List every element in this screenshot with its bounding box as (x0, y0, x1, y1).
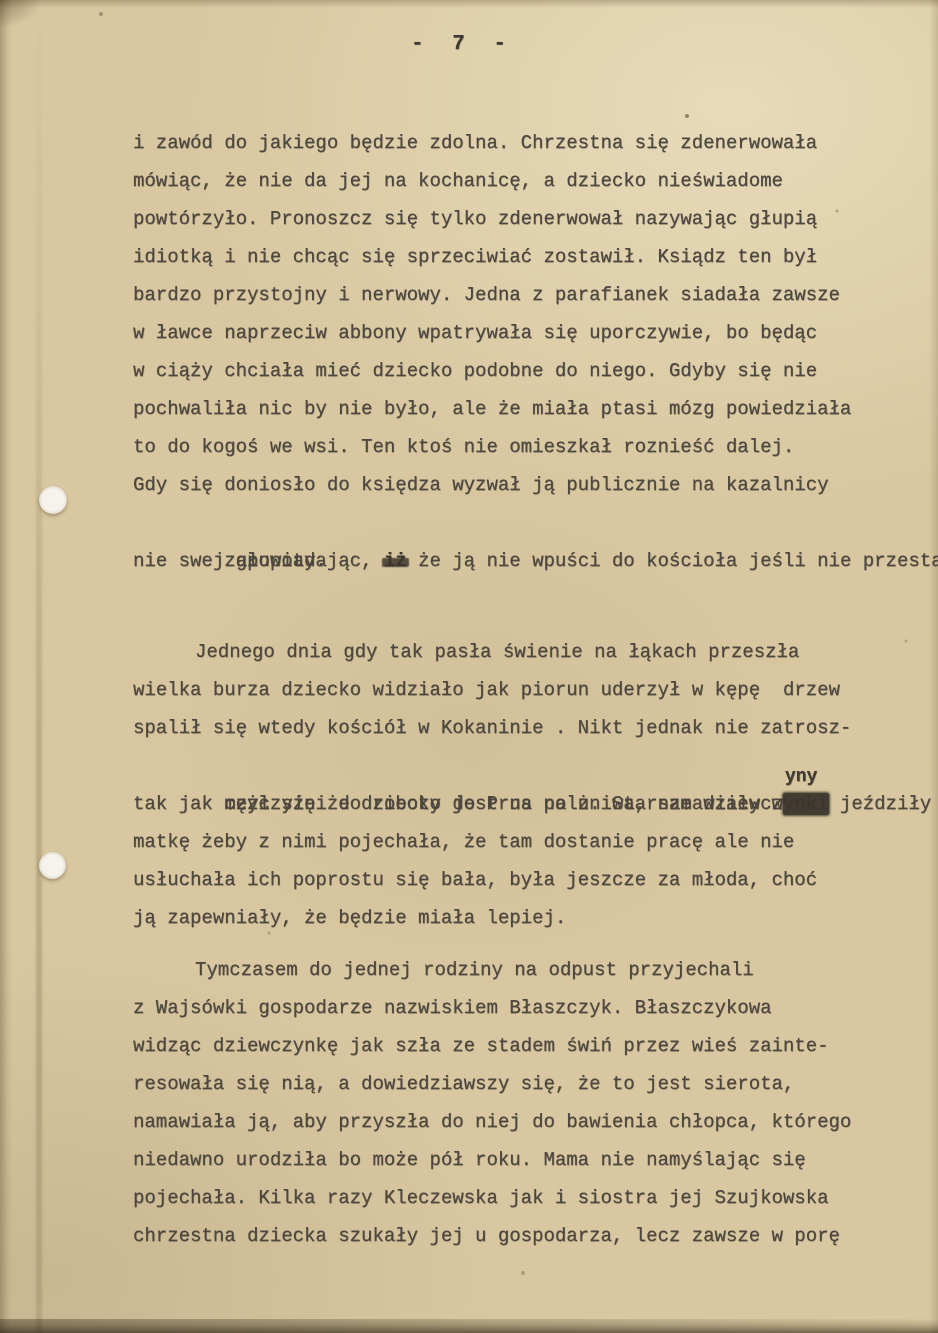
text-line: tak jak mężczyźni do roboty do Prus na ż… (133, 785, 863, 823)
text-line: spalił się wtedy kościół w Kokaninie . N… (133, 709, 863, 747)
punch-hole-bottom (39, 852, 66, 879)
paragraph-1: i zawód do jakiego będzie zdolna. Chrzes… (133, 124, 863, 580)
text-line: Gdy się doniosło do księdza wyzwał ją pu… (133, 466, 863, 504)
text-line: Jednego dnia gdy tak pasła świenie na łą… (133, 633, 863, 671)
text-line: to do kogoś we wsi. Ten ktoś nie omieszk… (133, 428, 863, 466)
paper-speckles (0, 0, 2, 2)
typewritten-text: i zawód do jakiego będzie zdolna. Chrzes… (133, 124, 863, 1255)
document-page: - 7 - i zawód do jakiego będzie zdolna. … (0, 0, 938, 1333)
paragraph-2: Jednego dnia gdy tak pasła świenie na łą… (133, 633, 863, 937)
text-line: pojechała. Kilka razy Kleczewska jak i s… (133, 1179, 863, 1217)
text-line: widząc dziewczynkę jak szła ze stadem św… (133, 1027, 863, 1065)
blotted-letters: ynki (783, 793, 829, 815)
text-line: idiotką i nie chcąc się sprzeciwiać zost… (133, 238, 863, 276)
text-line: wielka burza dziecko widziało jak piorun… (133, 671, 863, 709)
text-line: Tymczasem do jednej rodziny na odpust pr… (133, 951, 863, 989)
text-line: matkę żeby z nimi pojechała, że tam dost… (133, 823, 863, 861)
text-line: namawiała ją, aby przyszła do niej do ba… (133, 1103, 863, 1141)
fold-crease (36, 0, 42, 1333)
line-suffix: że ją nie wpuści do kościoła jeśli nie p… (407, 550, 938, 572)
text-line: powtórzyło. Pronoszcz się tylko zdenerwo… (133, 200, 863, 238)
scan-edge-right (929, 0, 938, 1333)
overtyped-letters: yny (785, 768, 817, 786)
text-line: pochwaliła nic by nie było, ale że miała… (133, 390, 863, 428)
text-line: i zawód do jakiego będzie zdolna. Chrzes… (133, 124, 863, 162)
paragraph-3: Tymczasem do jednej rodziny na odpust pr… (133, 951, 863, 1255)
text-line: w ciąży chciała mieć dziecko podobne do … (133, 352, 863, 390)
line-suffix: jeździły (829, 793, 932, 815)
punch-hole-top (39, 486, 67, 514)
text-line-with-overtype: czył się że dziecko jest na polu. Starsz… (133, 747, 863, 785)
scan-edge-top (0, 0, 938, 8)
scan-edge-bottom (0, 1319, 938, 1333)
text-line: usłuchała ich poprostu się bała, była je… (133, 861, 863, 899)
text-line: ją zapewniały, że będzie miała lepiej. (133, 899, 863, 937)
text-line: bardzo przystojny i nerwowy. Jedna z par… (133, 276, 863, 314)
text-line: chrzestna dziecka szukały jej u gospodar… (133, 1217, 863, 1255)
text-line: w ławce naprzeciw abbony wpatrywała się … (133, 314, 863, 352)
text-line: niedawno urodziła bo może pół roku. Mama… (133, 1141, 863, 1179)
text-line-with-strikeout: zapowiadając, iż że ją nie wpuści do koś… (133, 504, 863, 542)
text-line: resowała się nią, a dowiedziawszy się, ż… (133, 1065, 863, 1103)
text-line: mówiąc, że nie da jej na kochanicę, a dz… (133, 162, 863, 200)
overtype-correction: ynkiyny (783, 785, 829, 823)
text-line: z Wajsówki gospodarze nazwiskiem Błaszcz… (133, 989, 863, 1027)
struck-out-word: iż (384, 550, 407, 572)
page-number: - 7 - (0, 33, 929, 56)
scan-edge-left (0, 0, 12, 1333)
